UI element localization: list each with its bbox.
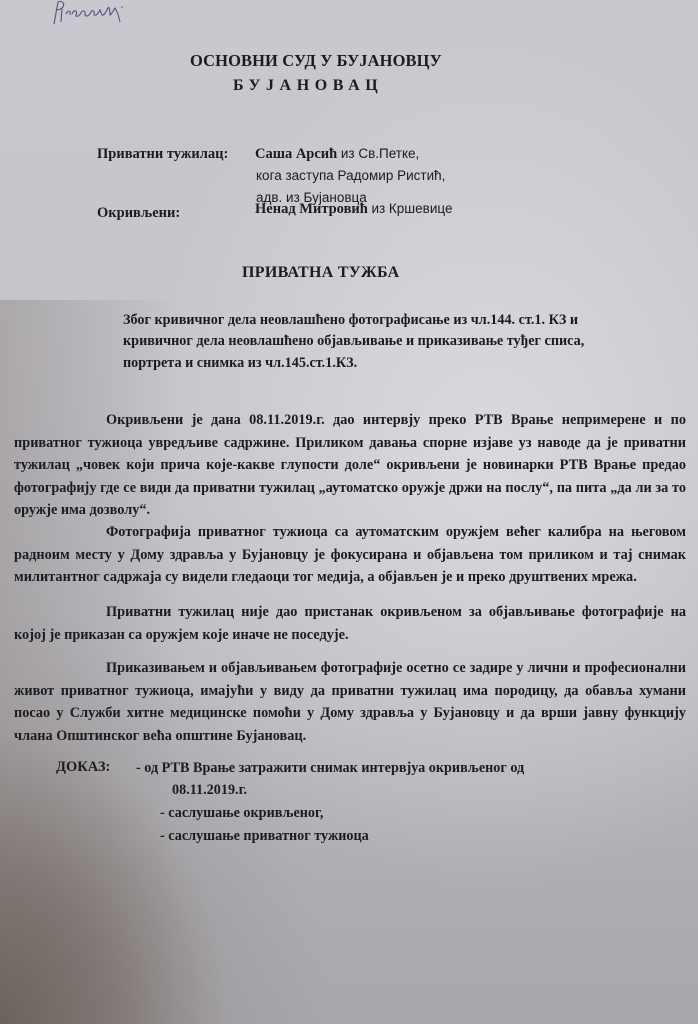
paragraph-4: Приказивањем и објављивањем фотографије … xyxy=(14,657,686,747)
proof-item-1-date: 08.11.2019.г. xyxy=(172,782,247,799)
court-city: БУЈАНОВАЦ xyxy=(233,77,383,95)
defendant-label: Окривљени: xyxy=(97,205,180,222)
subject-line-1: Због кривичног дела неовлашћено фотограф… xyxy=(123,312,578,329)
defendant-origin: из Кршевице xyxy=(371,201,452,216)
subject-line-3: портрета и снимка из чл.145.ст.1.КЗ. xyxy=(123,355,357,372)
paragraph-2-text: Фотографија приватног тужиоца са аутомат… xyxy=(14,521,686,589)
plaintiff-name: Саша Арсић xyxy=(255,146,337,162)
proof-label: ДОКАЗ: xyxy=(56,759,110,776)
paragraph-3-text: Приватни тужилац није дао пристанак окри… xyxy=(14,601,686,646)
proof-item-3: - саслушање приватног тужиоца xyxy=(160,828,369,845)
paragraph-1-text: Окривљени је дана 08.11.2019.г. дао инте… xyxy=(14,409,686,522)
subject-line-2: кривичног дела неовлашћено објављивање и… xyxy=(123,333,584,350)
plaintiff-origin: из Св.Петке, xyxy=(341,146,419,161)
defendant-line: Ненад Митровић из Кршевице xyxy=(255,201,452,218)
court-name: ОСНОВНИ СУД У БУЈАНОВЦУ xyxy=(190,51,442,71)
proof-item-2: - саслушање окривљеног, xyxy=(160,805,323,822)
paragraph-2: Фотографија приватног тужиоца са аутомат… xyxy=(14,521,686,589)
proof-item-1: - од РТВ Врање затражити снимак интервју… xyxy=(136,760,524,777)
signature-icon xyxy=(48,0,168,28)
plaintiff-line: Саша Арсић из Св.Петке, xyxy=(255,146,419,163)
plaintiff-label: Приватни тужилац: xyxy=(97,146,228,163)
document-title: ПРИВАТНА ТУЖБА xyxy=(242,264,400,282)
paragraph-4-text: Приказивањем и објављивањем фотографије … xyxy=(14,657,686,747)
paragraph-1: Окривљени је дана 08.11.2019.г. дао инте… xyxy=(14,409,686,522)
paragraph-3: Приватни тужилац није дао пристанак окри… xyxy=(14,601,686,646)
defendant-name: Ненад Митровић xyxy=(255,201,368,217)
plaintiff-representative: кога заступа Радомир Ристић, xyxy=(256,168,445,183)
